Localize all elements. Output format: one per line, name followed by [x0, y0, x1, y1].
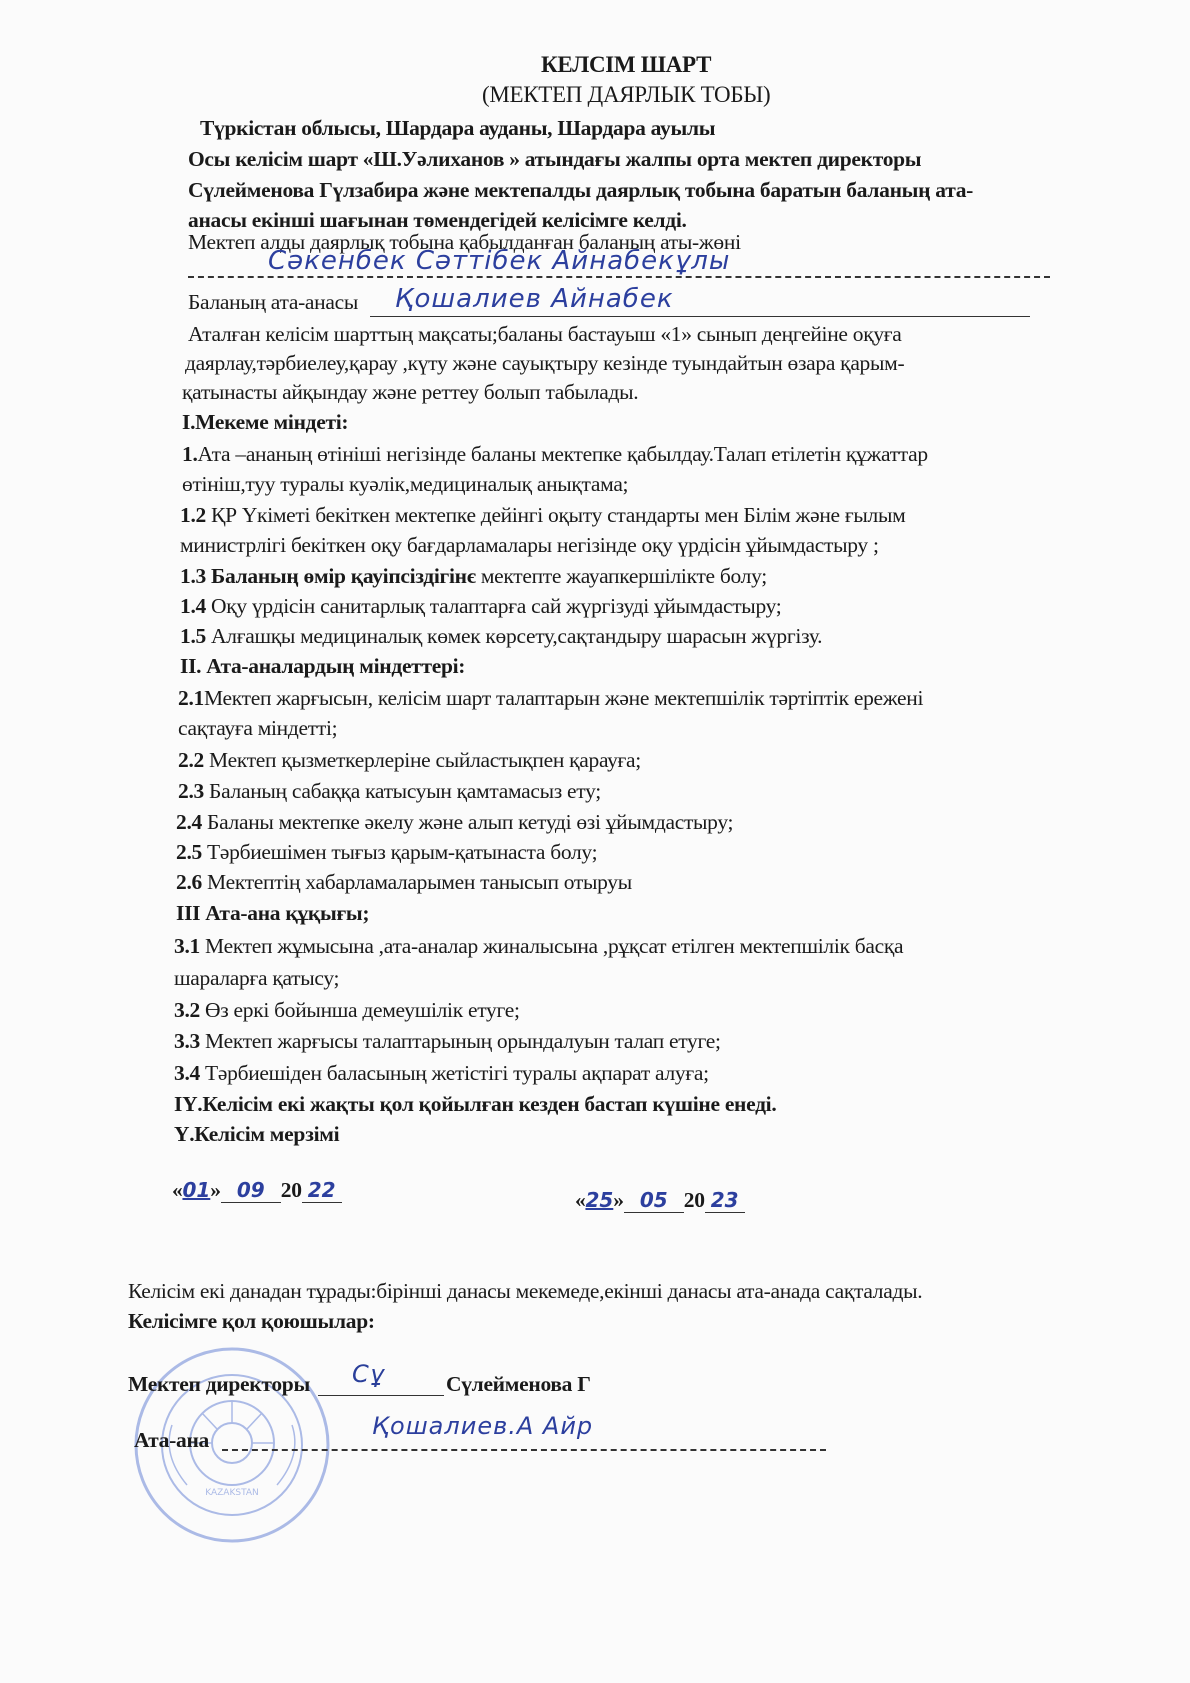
section1-heading: І.Мекеме міндеті: — [182, 410, 348, 435]
director-name: Сүлейменова Г — [446, 1372, 591, 1397]
section3-item: 3.1 Мектеп жұмысына ,ата-аналар жиналысы… — [174, 934, 903, 959]
section2-item: 2.2 Мектеп қызметкерлеріне сыйластықпен … — [178, 748, 641, 773]
section3-item: шараларға қатысу; — [174, 966, 339, 991]
intro-line: Сүлейменова Гүлзабира және мектепалды да… — [188, 178, 973, 203]
section1-item: 1.Ата –ананың өтініші негізінде баланы м… — [182, 442, 928, 467]
section1-item: өтініш,туу туралы куәлік,медициналық аны… — [182, 472, 628, 497]
parent-label: Баланың ата-анасы — [188, 290, 358, 315]
purpose-line: Аталған келісім шарттың мақсаты;баланы б… — [188, 322, 902, 347]
child-name-value: Сәкенбек Сәттібек Айнабекұлы — [268, 246, 730, 276]
signers-heading: Келісімге қол қоюшылар: — [128, 1309, 375, 1334]
parent-sign-label: Ата-ана — [134, 1428, 209, 1453]
parent-signature: Қошалиев.А Айр — [372, 1412, 593, 1440]
parent-signature-line — [222, 1449, 826, 1451]
contract-page: KAZAKSTAN КЕЛСІМ ШАРТ (МЕКТЕП ДАЯРЛЫК ТО… — [0, 0, 1190, 1683]
section2-item: 2.4 Баланы мектепке әкелу және алып кету… — [176, 810, 733, 835]
section1-item: 1.3 Баланың өмір қауіпсіздігінє мектепте… — [180, 564, 767, 589]
section3-item: 3.4 Тәрбиешіден баласының жетістігі тура… — [174, 1061, 709, 1086]
section3-item: 3.3 Мектеп жарғысы талаптарының орындалу… — [174, 1029, 721, 1054]
section2-item: сақтауға міндетті; — [178, 716, 337, 741]
intro-line: Осы келісім шарт «Ш.Уәлиханов » атындағы… — [188, 147, 921, 172]
section1-item: 1.5 Алғашқы медициналық көмек көрсету,са… — [180, 624, 822, 649]
section2-item: 2.3 Баланың сабаққа катысуын қамтамасыз … — [178, 779, 601, 804]
location-line: Түркістан облысы, Шардара ауданы, Шардар… — [200, 116, 715, 141]
section4-text: ІҮ.Келісім екі жақты қол қойылған кезден… — [174, 1092, 776, 1117]
document-title: КЕЛСІМ ШАРТ — [541, 52, 711, 78]
section1-item: 1.2 ҚР Үкіметі бекіткен мектепке дейінгі… — [180, 503, 905, 528]
director-signature-line — [318, 1395, 444, 1396]
purpose-line: қатынасты айқындау және реттеу болып таб… — [182, 380, 638, 405]
section2-heading: ІІ. Ата-аналардың міндеттері: — [180, 654, 465, 679]
copies-note: Келісім екі данадан тұрады:бірінші данас… — [128, 1279, 922, 1304]
end-date: «25»052023 — [575, 1188, 745, 1213]
section2-item: 2.6 Мектептің хабарламаларымен танысып о… — [176, 870, 632, 895]
child-name-line — [188, 276, 1050, 278]
purpose-line: даярлау,тәрбиелеу,қарау ,күту және сауық… — [185, 351, 904, 376]
director-label: Мектеп директоры — [128, 1372, 310, 1397]
parent-value: Қошалиев Айнабек — [395, 284, 674, 314]
section2-item: 2.1Мектеп жарғысын, келісім шарт талапта… — [178, 686, 923, 711]
director-signature: Сұ — [352, 1360, 385, 1388]
parent-line — [370, 316, 1030, 317]
section3-item: 3.2 Өз еркі бойынша демеушілік етуге; — [174, 998, 520, 1023]
section5-heading: Ү.Келісім мерзімі — [174, 1122, 339, 1147]
start-date: «01»092022 — [172, 1178, 342, 1203]
section2-item: 2.5 Тәрбиешімен тығыз қарым-қатынаста бо… — [176, 840, 597, 865]
document-subtitle: (МЕКТЕП ДАЯРЛЫК ТОБЫ) — [482, 82, 770, 108]
section1-item: 1.4 Оқу үрдісін санитарлық талаптарға са… — [180, 594, 781, 619]
svg-text:KAZAKSTAN: KAZAKSTAN — [205, 1488, 259, 1498]
section3-heading: ІІІ Ата-ана құқығы; — [176, 901, 369, 926]
section1-item: министрлігі бекіткен оқу бағдарламалары … — [180, 533, 879, 558]
